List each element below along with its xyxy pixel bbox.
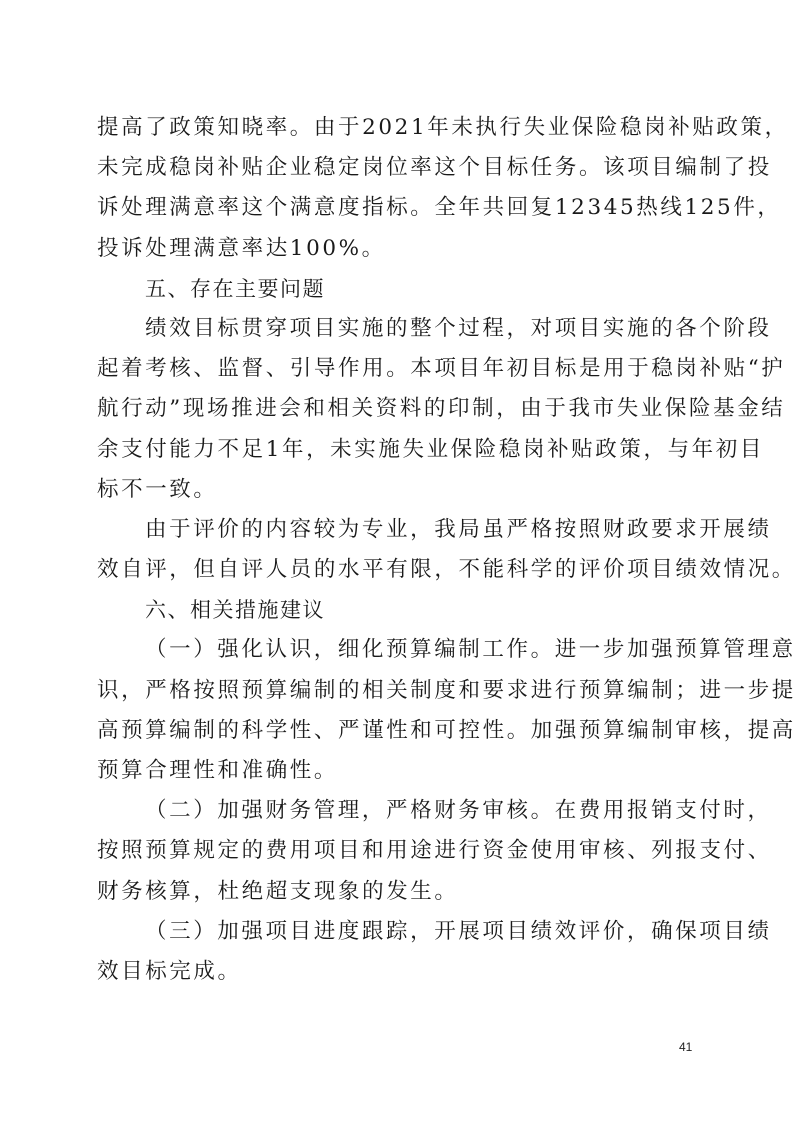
page-number: 41 [679, 1040, 692, 1054]
paragraph-recommendation-2: （二）加强财务管理，严格财务审核。在费用报销支付时， 按照预算规定的费用项目和用… [97, 791, 701, 912]
text-line: 诉处理满意率这个满意度指标。全年共回复12345热线125件， [97, 188, 701, 228]
section-heading-recommendations: 六、相关措施建议 [97, 590, 701, 630]
text-line: 余支付能力不足1年，未实施失业保险稳岗补贴政策，与年初目 [97, 430, 701, 470]
text-line: 效自评，但自评人员的水平有限，不能科学的评价项目绩效情况。 [97, 550, 701, 590]
text-line: 投诉处理满意率达100%。 [97, 229, 701, 269]
text-line: （二）加强财务管理，严格财务审核。在费用报销支付时， [97, 791, 701, 831]
text-line: 未完成稳岗补贴企业稳定岗位率这个目标任务。该项目编制了投 [97, 148, 701, 188]
paragraph-policy-awareness: 提高了政策知晓率。由于2021年未执行失业保险稳岗补贴政策， 未完成稳岗补贴企业… [97, 108, 701, 269]
paragraph-self-evaluation: 由于评价的内容较为专业，我局虽严格按照财政要求开展绩 效自评，但自评人员的水平有… [97, 510, 701, 590]
section-heading-main-problems: 五、存在主要问题 [97, 269, 701, 309]
text-line: 由于评价的内容较为专业，我局虽严格按照财政要求开展绩 [97, 510, 701, 550]
text-line: 提高了政策知晓率。由于2021年未执行失业保险稳岗补贴政策， [97, 108, 701, 148]
text-line: 航行动”现场推进会和相关资料的印制，由于我市失业保险基金结 [97, 389, 701, 429]
paragraph-performance-goals: 绩效目标贯穿项目实施的整个过程，对项目实施的各个阶段 起着考核、监督、引导作用。… [97, 309, 701, 510]
text-line: （三）加强项目进度跟踪，开展项目绩效评价，确保项目绩 [97, 912, 701, 952]
text-line: 效目标完成。 [97, 952, 701, 992]
paragraph-recommendation-3: （三）加强项目进度跟踪，开展项目绩效评价，确保项目绩 效目标完成。 [97, 912, 701, 992]
text-line: 标不一致。 [97, 470, 701, 510]
text-line: 绩效目标贯穿项目实施的整个过程，对项目实施的各个阶段 [97, 309, 701, 349]
document-page: 提高了政策知晓率。由于2021年未执行失业保险稳岗补贴政策， 未完成稳岗补贴企业… [97, 108, 701, 992]
text-line: 起着考核、监督、引导作用。本项目年初目标是用于稳岗补贴“护 [97, 349, 701, 389]
text-line: 预算合理性和准确性。 [97, 751, 701, 791]
text-line: （一）强化认识，细化预算编制工作。进一步加强预算管理意 [97, 630, 701, 670]
text-line: 按照预算规定的费用项目和用途进行资金使用审核、列报支付、 [97, 831, 701, 871]
text-line: 识，严格按照预算编制的相关制度和要求进行预算编制；进一步提 [97, 671, 701, 711]
text-line: 财务核算，杜绝超支现象的发生。 [97, 872, 701, 912]
paragraph-recommendation-1: （一）强化认识，细化预算编制工作。进一步加强预算管理意 识，严格按照预算编制的相… [97, 630, 701, 791]
text-line: 高预算编制的科学性、严谨性和可控性。加强预算编制审核，提高 [97, 711, 701, 751]
